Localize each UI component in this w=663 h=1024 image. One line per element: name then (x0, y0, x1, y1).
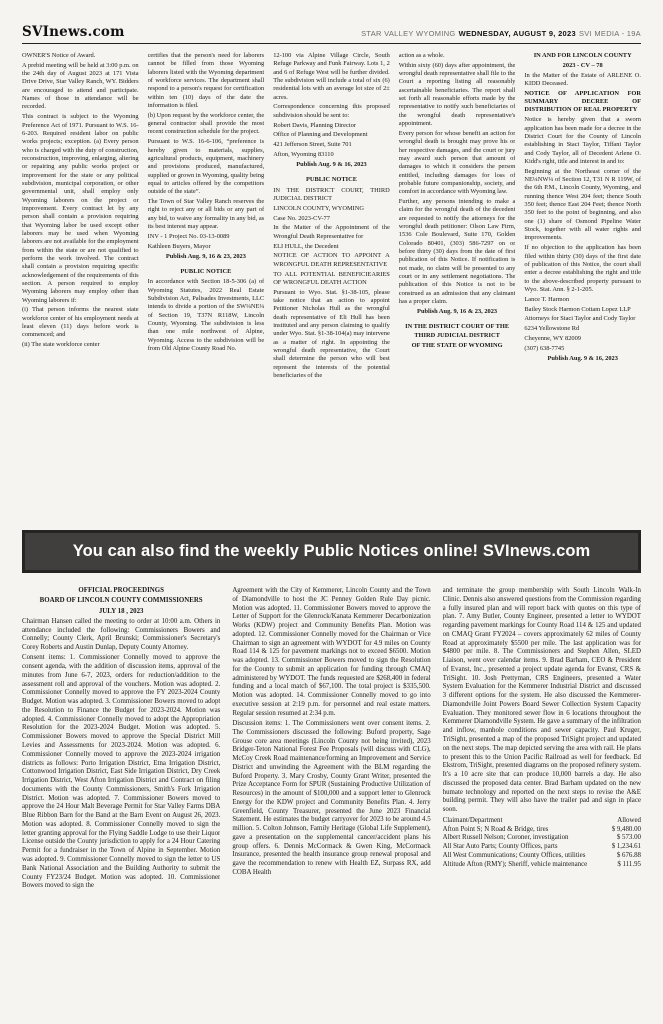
public-notices-banner: You can also find the weekly Public Noti… (22, 530, 641, 573)
text-block: TO ALL POTENTIAL BENEFICIEARIES OF WRONG… (273, 271, 390, 288)
text-block: OWNER'S Notice of Award. (22, 52, 139, 60)
proceedings-columns: OFFICIAL PROCEEDINGSBOARD OF LINCOLN COU… (22, 587, 641, 1005)
text-block: Within sixty (60) days after appointment… (399, 62, 516, 129)
text-block: This contract is subject to the Wyoming … (22, 113, 139, 305)
claim-row: Altitude Afton (RMY); Sheriff, vehicle m… (443, 861, 641, 870)
text-block: Every person for whose benefit an action… (399, 130, 516, 197)
text-block: Pursuant to Wyo. Stat. §1-38-105, please… (273, 289, 390, 381)
dateline: STAR VALLEY WYOMINGWEDNESDAY, AUGUST 9, … (358, 29, 641, 38)
claimant-name: Albert Russell Nelson; Coroner, investig… (443, 834, 569, 843)
text-block: Robert Davis, Planning Director (273, 122, 390, 130)
text-block: Cheyenne, WY 82009 (524, 335, 641, 343)
claimant-name: All West Communications; County Offices,… (443, 852, 586, 861)
claim-amount: $ 1,234.61 (612, 843, 641, 852)
newspaper-page: SVInews.com STAR VALLEY WYOMINGWEDNESDAY… (0, 0, 663, 1024)
claimant-name: Claimant/Department (443, 817, 503, 826)
dateline-location: STAR VALLEY WYOMING (361, 29, 455, 38)
text-block: Discussion items: 1. The Commissioners w… (232, 720, 430, 878)
text-block: A prebid meeting will be held at 3:00 p.… (22, 62, 139, 112)
text-block: BOARD OF LINCOLN COUNTY COMMISSIONERS (22, 597, 220, 606)
claim-amount: Allowed (617, 817, 641, 826)
claim-amount: $ 9,480.00 (612, 826, 641, 835)
text-block: INV - 1 Project No. 03-13-0089 (148, 233, 265, 241)
text-block: Bailey Stock Harmon Cottam Lopez LLP (524, 306, 641, 314)
claim-row: All Star Auto Parts; County Offices, par… (443, 843, 641, 852)
text-block: PUBLIC NOTICE (273, 176, 390, 184)
text-block: Agreement with the City of Kemmerer, Lin… (232, 587, 430, 718)
text-block: In the Matter of the Estate of ARLENE O.… (524, 72, 641, 89)
claim-row: All West Communications; County Offices,… (443, 852, 641, 861)
text-column: IN AND FOR LINCOLN COUNTY2023 - CV – 78I… (524, 52, 641, 520)
text-column: Agreement with the City of Kemmerer, Lin… (232, 587, 430, 1005)
text-block: Lance T. Harmon (524, 296, 641, 304)
text-block: OF THE STATE OF WYOMING (399, 342, 516, 350)
text-column: OWNER'S Notice of Award.A prebid meeting… (22, 52, 139, 520)
text-block: 421 Jefferson Street, Suite 701 (273, 141, 390, 149)
text-column: OFFICIAL PROCEEDINGSBOARD OF LINCOLN COU… (22, 587, 220, 1005)
text-block: Consent items: 1. Commissioner Connelly … (22, 654, 220, 891)
text-block: LINCOLN COUNTY, WYOMING (273, 205, 390, 213)
text-block: IN AND FOR LINCOLN COUNTY (524, 52, 641, 60)
text-block: IN THE DISTRICT COURT OF THE THIRD JUDIC… (399, 323, 516, 340)
text-block: 2023 - CV – 78 (524, 62, 641, 70)
site-logo: SVInews.com (22, 24, 125, 40)
claim-amount: $ 111.95 (617, 861, 641, 870)
text-block: NOTICE OF APPLICATION FOR SUMMARY DECREE… (524, 90, 641, 115)
text-block: 12-100 via Alpine Village Circle, South … (273, 52, 390, 102)
text-block: (i) That person informs the nearest stat… (22, 306, 139, 339)
text-block: Correspondence concerning this proposed … (273, 103, 390, 120)
text-block: (b) Upon request by the workforce center… (148, 112, 265, 137)
text-block: Office of Planning and Development (273, 131, 390, 139)
claimant-name: Altitude Afton (RMY); Sheriff, vehicle m… (443, 861, 588, 870)
text-block: Publish Aug. 9, 16 & 23, 2023 (399, 308, 516, 316)
text-block: The Town of Star Valley Ranch reserves t… (148, 198, 265, 231)
dateline-date: WEDNESDAY, AUGUST 9, 2023 (459, 29, 576, 38)
text-block: JULY 18 , 2023 (22, 608, 220, 617)
text-block: Publish Aug. 9 & 16, 2023 (273, 161, 390, 169)
claimant-name: All Star Auto Parts; County Offices, par… (443, 843, 558, 852)
text-block: Case No. 2023-CV-77 (273, 215, 390, 223)
claims-table: Claimant/DepartmentAllowedAfton Point S;… (443, 817, 641, 870)
text-block: Publish Aug. 9 & 16, 2023 (524, 355, 641, 363)
text-block: OFFICIAL PROCEEDINGS (22, 587, 220, 596)
notices-columns: OWNER'S Notice of Award.A prebid meeting… (22, 52, 641, 520)
claim-amount: $ 676.88 (617, 852, 641, 861)
claimant-name: Afton Point S; N Road & Bridge, tires (443, 826, 549, 835)
text-block: Notice is hereby given that a sworn appl… (524, 116, 641, 166)
text-block: Publish Aug. 9, 16 & 23, 2023 (148, 253, 265, 261)
text-block: Afton, Wyoming 83110 (273, 151, 390, 159)
text-column: 12-100 via Alpine Village Circle, South … (273, 52, 390, 520)
text-block: (ii) The state workforce center (22, 341, 139, 349)
claims-header-row: Claimant/DepartmentAllowed (443, 817, 641, 826)
text-block: Pursuant to W.S. 16-6-106, “preference i… (148, 138, 265, 196)
claim-row: Albert Russell Nelson; Coroner, investig… (443, 834, 641, 843)
claim-row: Afton Point S; N Road & Bridge, tires$ 9… (443, 826, 641, 835)
text-block: 6234 Yellowstone Rd (524, 325, 641, 333)
text-block: If no objection to the application has b… (524, 244, 641, 294)
text-block: PUBLIC NOTICE (148, 268, 265, 276)
text-block: Chairman Hansen called the meeting to or… (22, 618, 220, 653)
text-block: and terminate the group membership with … (443, 587, 641, 815)
text-block: Beginning at the Northeast corner of the… (524, 168, 641, 243)
text-column: action as a whole.Within sixty (60) days… (399, 52, 516, 520)
banner-text: You can also find the weekly Public Noti… (73, 542, 591, 561)
claim-amount: $ 573.00 (617, 834, 641, 843)
text-block: Kathleen Buyers, Mayor (148, 243, 265, 251)
text-block: (307) 638-7745 (524, 345, 641, 353)
text-block: Attorneys for Staci Taylor and Cody Tayl… (524, 315, 641, 323)
text-block: ELI HULL, the Decedent (273, 243, 390, 251)
text-block: In accordance with Section 18-5-306 (a) … (148, 278, 265, 353)
text-column: and terminate the group membership with … (443, 587, 641, 1005)
header-rule (22, 43, 641, 44)
text-block: NOTICE OF ACTION TO APPOINT A WRONGFUL D… (273, 252, 390, 269)
text-block: action as a whole. (399, 52, 516, 60)
dateline-edition: SVI MEDIA - 19A (579, 29, 641, 38)
text-block: certifies that the person's need for lab… (148, 52, 265, 110)
text-column: certifies that the person's need for lab… (148, 52, 265, 520)
page-header: SVInews.com STAR VALLEY WYOMINGWEDNESDAY… (22, 24, 641, 40)
text-block: IN THE DISTRICT COURT, THIRD JUDICIAL DI… (273, 187, 390, 204)
text-block: In the Matter of the Appointment of the … (273, 224, 390, 241)
text-block: Further, any persons intending to make a… (399, 198, 516, 306)
